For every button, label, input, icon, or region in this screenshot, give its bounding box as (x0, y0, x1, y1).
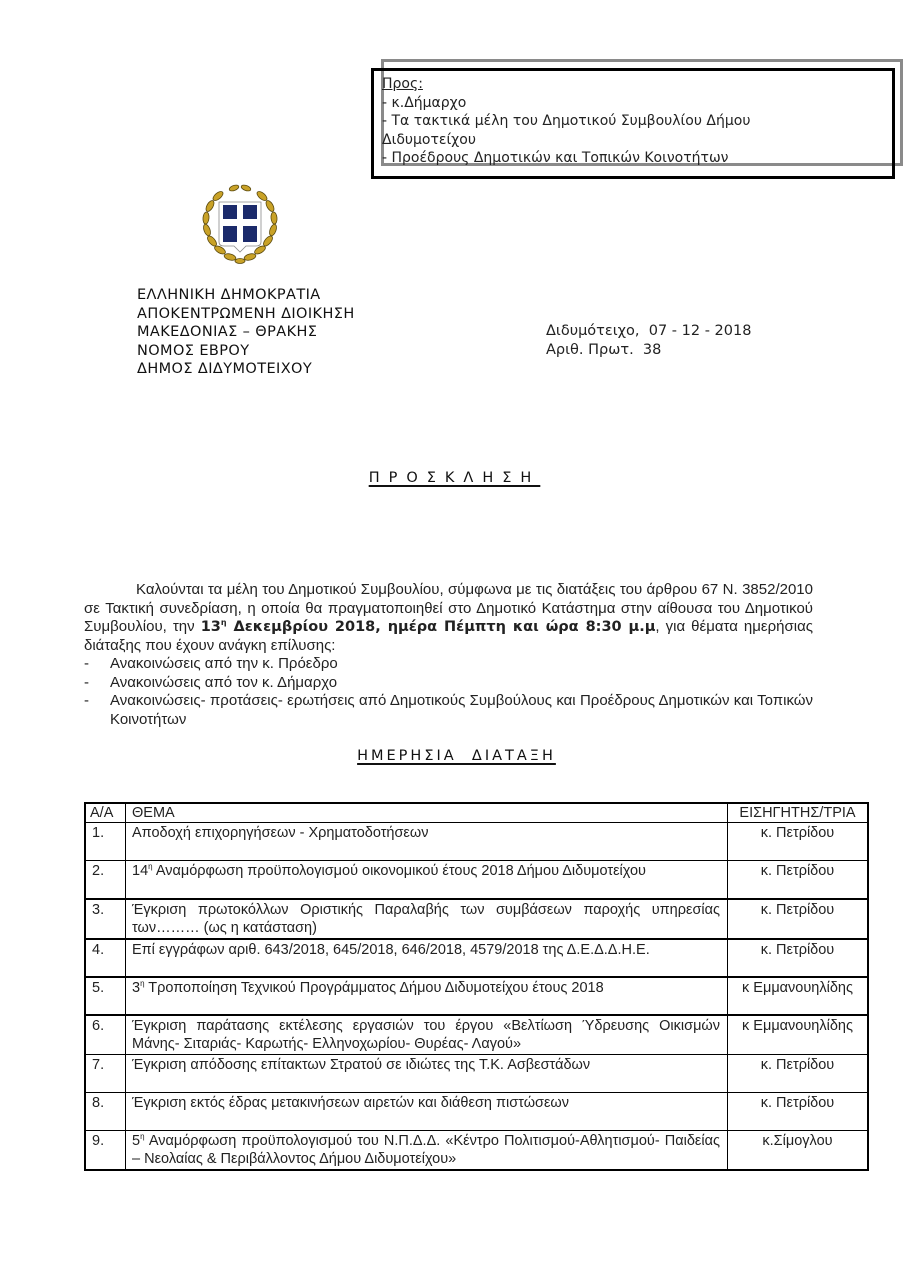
recipients-label: Προς: (382, 75, 882, 94)
list-item: - Ανακοινώσεις από τον κ. Δήμαρχο (84, 674, 813, 693)
dash-bullet-icon: - (84, 655, 110, 674)
table-row: 5.3η Τροποποίηση Τεχνικού Προγράμματος Δ… (85, 977, 868, 1015)
org-line: ΜΑΚΕΔΟΝΙΑΣ – ΘΡΑΚΗΣ (137, 323, 355, 342)
recipient-line: Διδυμοτείχου (382, 131, 882, 150)
row-rapporteur: κ Εμμανουηλίδης (728, 977, 869, 1015)
list-item: - Ανακοινώσεις- προτάσεις- ερωτήσεις από… (84, 692, 813, 729)
table-row: 2.14η Αναμόρφωση προϋπολογισμού οικονομι… (85, 861, 868, 899)
table-row: 7.Έγκριση απόδοσης επίτακτων Στρατού σε … (85, 1054, 868, 1092)
greek-coat-of-arms-icon (198, 182, 282, 266)
header-rapporteur: ΕΙΣΗΓΗΤΗΣ/ΤΡΙΑ (728, 803, 869, 823)
row-number: 3. (85, 899, 126, 939)
table-row: 3.Έγκριση πρωτοκόλλων Οριστικής Παραλαβή… (85, 899, 868, 939)
row-number: 6. (85, 1015, 126, 1055)
place-date-block: Διδυμότειχο, 07 - 12 - 2018 Αριθ. Πρωτ. … (546, 322, 751, 359)
organization-header: ΕΛΛΗΝΙΚΗ ΔΗΜΟΚΡΑΤΙΑ ΑΠΟΚΕΝΤΡΩΜΕΝΗ ΔΙΟΙΚΗ… (137, 286, 355, 379)
list-item-text: Ανακοινώσεις- προτάσεις- ερωτήσεις από Δ… (110, 692, 813, 729)
row-subject: Έγκριση απόδοσης επίτακτων Στρατού σε ιδ… (126, 1054, 728, 1092)
meeting-day: 13 (201, 619, 221, 635)
row-subject: Έγκριση εκτός έδρας μετακινήσεων αιρετών… (126, 1092, 728, 1130)
agenda-table: Α/Α ΘΕΜΑ ΕΙΣΗΓΗΤΗΣ/ΤΡΙΑ 1.Αποδοχή επιχορ… (84, 802, 869, 1171)
row-number: 7. (85, 1054, 126, 1092)
meeting-date-time: Δεκεμβρίου 2018, ημέρα Πέμπτη και ώρα 8:… (227, 619, 656, 635)
list-item-text: Ανακοινώσεις από τον κ. Δήμαρχο (110, 674, 813, 693)
row-rapporteur: κ. Πετρίδου (728, 899, 869, 939)
list-item: - Ανακοινώσεις από την κ. Πρόεδρο (84, 655, 813, 674)
list-item-text: Ανακοινώσεις από την κ. Πρόεδρο (110, 655, 813, 674)
table-header-row: Α/Α ΘΕΜΑ ΕΙΣΗΓΗΤΗΣ/ΤΡΙΑ (85, 803, 868, 823)
recipient-line: - Προέδρους Δημοτικών και Τοπικών Κοινοτ… (382, 149, 882, 168)
row-subject: Έγκριση παράτασης εκτέλεσης εργασιών του… (126, 1015, 728, 1055)
row-rapporteur: κ. Πετρίδου (728, 823, 869, 861)
row-rapporteur: κ. Πετρίδου (728, 1054, 869, 1092)
subject-text: Έγκριση απόδοσης επίτακτων Στρατού σε ιδ… (132, 1057, 590, 1073)
ordinal-number: 14 (132, 863, 148, 879)
announcements-list: - Ανακοινώσεις από την κ. Πρόεδρο - Ανακ… (84, 655, 813, 729)
header-subject: ΘΕΜΑ (126, 803, 728, 823)
document-title: ΠΡΟΣΚΛΗΣΗ (0, 470, 909, 486)
recipients-box: Προς: - κ.Δήμαρχο - Τα τακτικά μέλη του … (382, 75, 882, 168)
org-line: ΕΛΛΗΝΙΚΗ ΔΗΜΟΚΡΑΤΙΑ (137, 286, 355, 305)
row-subject: 5η Αναμόρφωση προϋπολογισμού του Ν.Π.Δ.Δ… (126, 1130, 728, 1170)
subject-text: Αποδοχή επιχορηγήσεων - Χρηματοδοτήσεων (132, 825, 428, 841)
table-row: 9.5η Αναμόρφωση προϋπολογισμού του Ν.Π.Δ… (85, 1130, 868, 1170)
row-number: 5. (85, 977, 126, 1015)
subject-text: Έγκριση πρωτοκόλλων Οριστικής Παραλαβής … (132, 902, 720, 936)
org-line: ΔΗΜΟΣ ΔΙΔΥΜΟΤΕΙΧΟΥ (137, 360, 355, 379)
subject-text: Τροποποίηση Τεχνικού Προγράμματος Δήμου … (145, 980, 604, 996)
row-number: 8. (85, 1092, 126, 1130)
subject-text: Έγκριση εκτός έδρας μετακινήσεων αιρετών… (132, 1095, 569, 1111)
meeting-datetime: 13η Δεκεμβρίου 2018, ημέρα Πέμπτη και ώρ… (201, 619, 656, 635)
header-num: Α/Α (85, 803, 126, 823)
row-rapporteur: κ. Πετρίδου (728, 939, 869, 977)
table-row: 1.Αποδοχή επιχορηγήσεων - Χρηματοδοτήσεω… (85, 823, 868, 861)
dash-bullet-icon: - (84, 692, 110, 729)
intro-paragraph: Καλούνται τα μέλη του Δημοτικού Συμβουλί… (84, 581, 813, 655)
row-subject: Έγκριση πρωτοκόλλων Οριστικής Παραλαβής … (126, 899, 728, 939)
row-rapporteur: κ. Πετρίδου (728, 861, 869, 899)
table-row: 8.Έγκριση εκτός έδρας μετακινήσεων αιρετ… (85, 1092, 868, 1130)
row-rapporteur: κ. Πετρίδου (728, 1092, 869, 1130)
row-number: 4. (85, 939, 126, 977)
ordinal-number: 3 (132, 980, 140, 996)
row-subject: Επί εγγράφων αριθ. 643/2018, 645/2018, 6… (126, 939, 728, 977)
subject-text: Επί εγγράφων αριθ. 643/2018, 645/2018, 6… (132, 942, 650, 958)
row-number: 9. (85, 1130, 126, 1170)
recipient-line: - κ.Δήμαρχο (382, 94, 882, 113)
subject-text: Αναμόρφωση προϋπολογισμού οικονομικού έτ… (153, 863, 646, 879)
table-row: 6.Έγκριση παράτασης εκτέλεσης εργασιών τ… (85, 1015, 868, 1055)
row-subject: Αποδοχή επιχορηγήσεων - Χρηματοδοτήσεων (126, 823, 728, 861)
dash-bullet-icon: - (84, 674, 110, 693)
recipient-line: - Τα τακτικά μέλη του Δημοτικού Συμβουλί… (382, 112, 882, 131)
row-subject: 3η Τροποποίηση Τεχνικού Προγράμματος Δήμ… (126, 977, 728, 1015)
org-line: ΑΠΟΚΕΝΤΡΩΜΕΝΗ ΔΙΟΙΚΗΣΗ (137, 305, 355, 324)
row-number: 2. (85, 861, 126, 899)
org-line: ΝΟΜΟΣ ΕΒΡΟΥ (137, 342, 355, 361)
subject-text: Έγκριση παράτασης εκτέλεσης εργασιών του… (132, 1018, 720, 1052)
place-and-date: Διδυμότειχο, 07 - 12 - 2018 (546, 322, 751, 341)
row-rapporteur: κ Εμμανουηλίδης (728, 1015, 869, 1055)
agenda-title: ΗΜΕΡΗΣΙΑ ΔΙΑΤΑΞΗ (0, 748, 909, 764)
row-rapporteur: κ.Σίμογλου (728, 1130, 869, 1170)
ordinal-number: 5 (132, 1133, 140, 1149)
table-row: 4.Επί εγγράφων αριθ. 643/2018, 645/2018,… (85, 939, 868, 977)
row-number: 1. (85, 823, 126, 861)
protocol-number: Αριθ. Πρωτ. 38 (546, 341, 751, 360)
subject-text: Αναμόρφωση προϋπολογισμού του Ν.Π.Δ.Δ. «… (132, 1133, 720, 1167)
row-subject: 14η Αναμόρφωση προϋπολογισμού οικονομικο… (126, 861, 728, 899)
